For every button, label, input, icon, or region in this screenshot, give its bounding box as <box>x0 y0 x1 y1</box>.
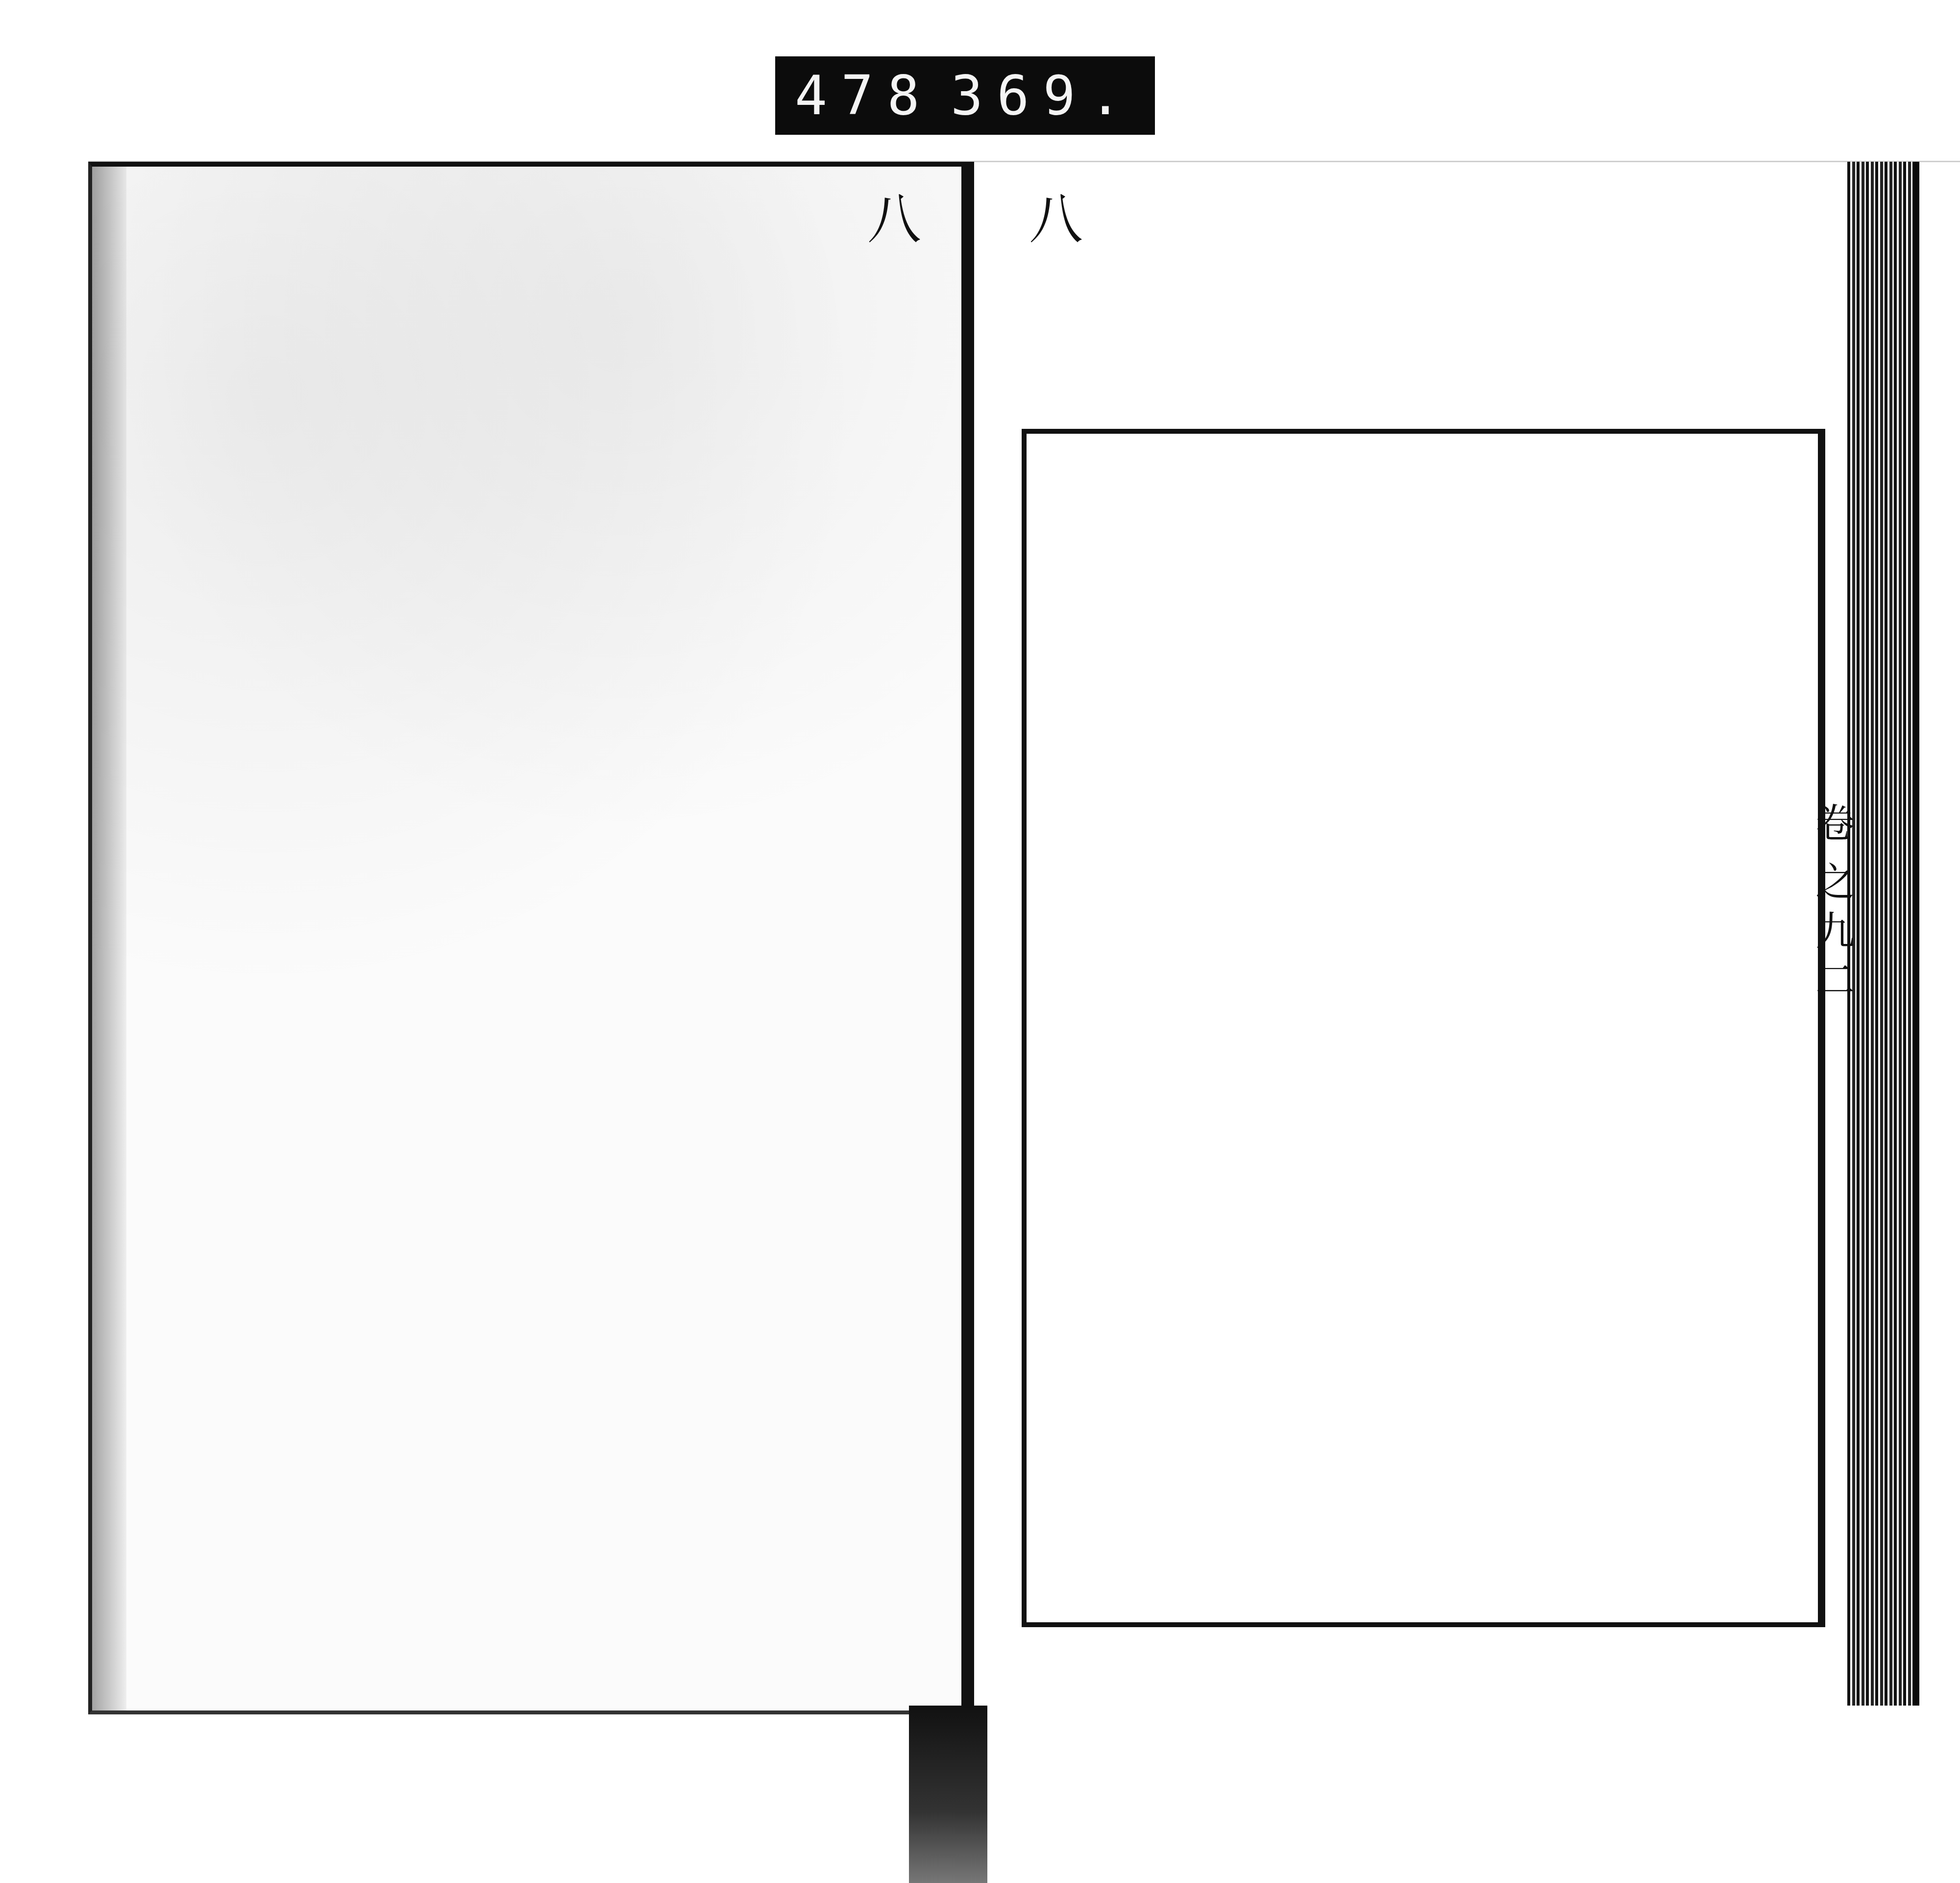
right-page-column-rule <box>1818 429 1823 1627</box>
top-mark-right: 八 <box>1029 176 1083 254</box>
scan-bottom-shadow <box>909 1706 987 1883</box>
left-page <box>88 162 974 1714</box>
gutter-char-1: 卷 <box>1815 804 1855 843</box>
top-mark-left: 八 <box>867 176 921 254</box>
right-page-frame <box>1022 429 1825 1627</box>
left-page-edge-stain <box>92 167 126 1710</box>
call-number-left: 478 <box>795 64 933 127</box>
book-gutter-edge <box>1913 162 1919 1706</box>
gutter-char-3: 九 <box>1815 912 1855 951</box>
call-number-right: 369. <box>951 64 1135 127</box>
book-gutter <box>1847 162 1916 1706</box>
gutter-char-2: 之 <box>1815 863 1855 902</box>
call-number-label: 478 369. <box>775 56 1155 135</box>
spine-shadow <box>961 167 974 1710</box>
gutter-char-4: 二 <box>1815 961 1855 1000</box>
